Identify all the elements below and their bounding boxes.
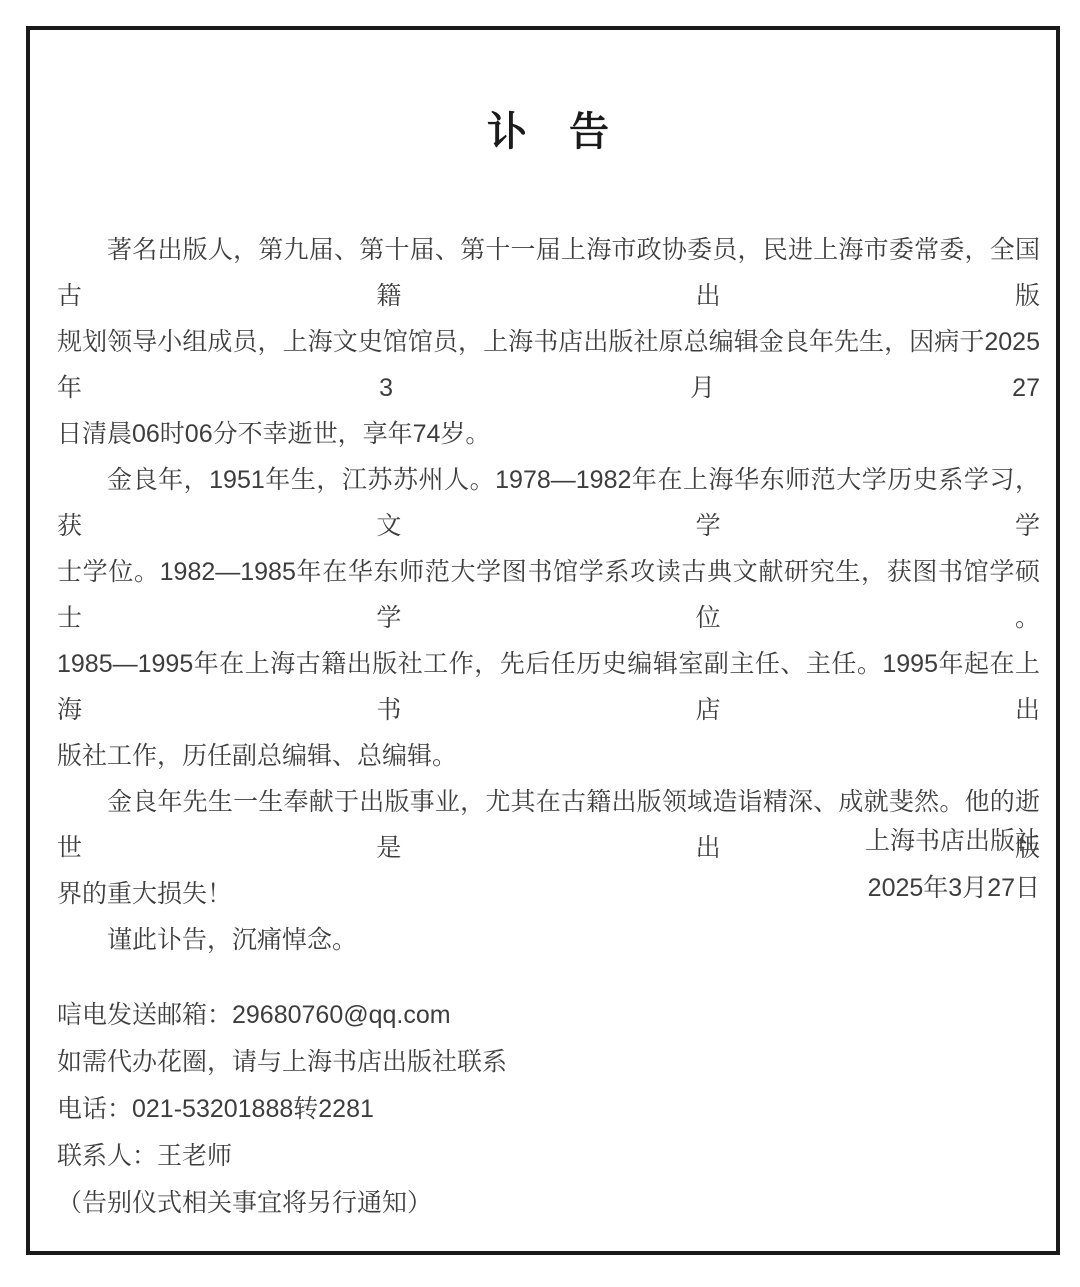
body-line: 士学位。1982—1985年在华东师范大学图书馆学系攻读古典文献研究生，获图书馆… <box>57 549 1040 641</box>
body-line: 谨此讣告，沉痛悼念。 <box>57 917 1040 963</box>
contact-line: （告别仪式相关事宜将另行通知） <box>57 1180 1040 1227</box>
signature-block: 上海书店出版社 2025年3月27日 <box>57 818 1040 912</box>
body-line: 日清晨06时06分不幸逝世，享年74岁。 <box>57 411 1040 457</box>
contact-info: 唁电发送邮箱：29680760@qq.com如需代办花圈，请与上海书店出版社联系… <box>57 992 1040 1227</box>
contact-line: 联系人：王老师 <box>57 1133 1040 1180</box>
contact-line: 唁电发送邮箱：29680760@qq.com <box>57 992 1040 1039</box>
body-line: 著名出版人，第九届、第十届、第十一届上海市政协委员，民进上海市委常委，全国古籍出… <box>57 227 1040 319</box>
body-line: 1985—1995年在上海古籍出版社工作，先后任历史编辑室副主任、主任。1995… <box>57 641 1040 733</box>
body-line: 规划领导小组成员，上海文史馆馆员，上海书店出版社原总编辑金良年先生，因病于202… <box>57 319 1040 411</box>
contact-line: 如需代办花圈，请与上海书店出版社联系 <box>57 1039 1040 1086</box>
contact-line: 电话：021-53201888转2281 <box>57 1086 1040 1133</box>
body-line: 版社工作，历任副总编辑、总编辑。 <box>57 733 1040 779</box>
signature-date: 2025年3月27日 <box>57 865 1040 912</box>
body-line: 金良年，1951年生，江苏苏州人。1978—1982年在上海华东师范大学历史系学… <box>57 457 1040 549</box>
signature-organization: 上海书店出版社 <box>57 818 1040 865</box>
page-title: 讣 告 <box>57 100 1040 157</box>
